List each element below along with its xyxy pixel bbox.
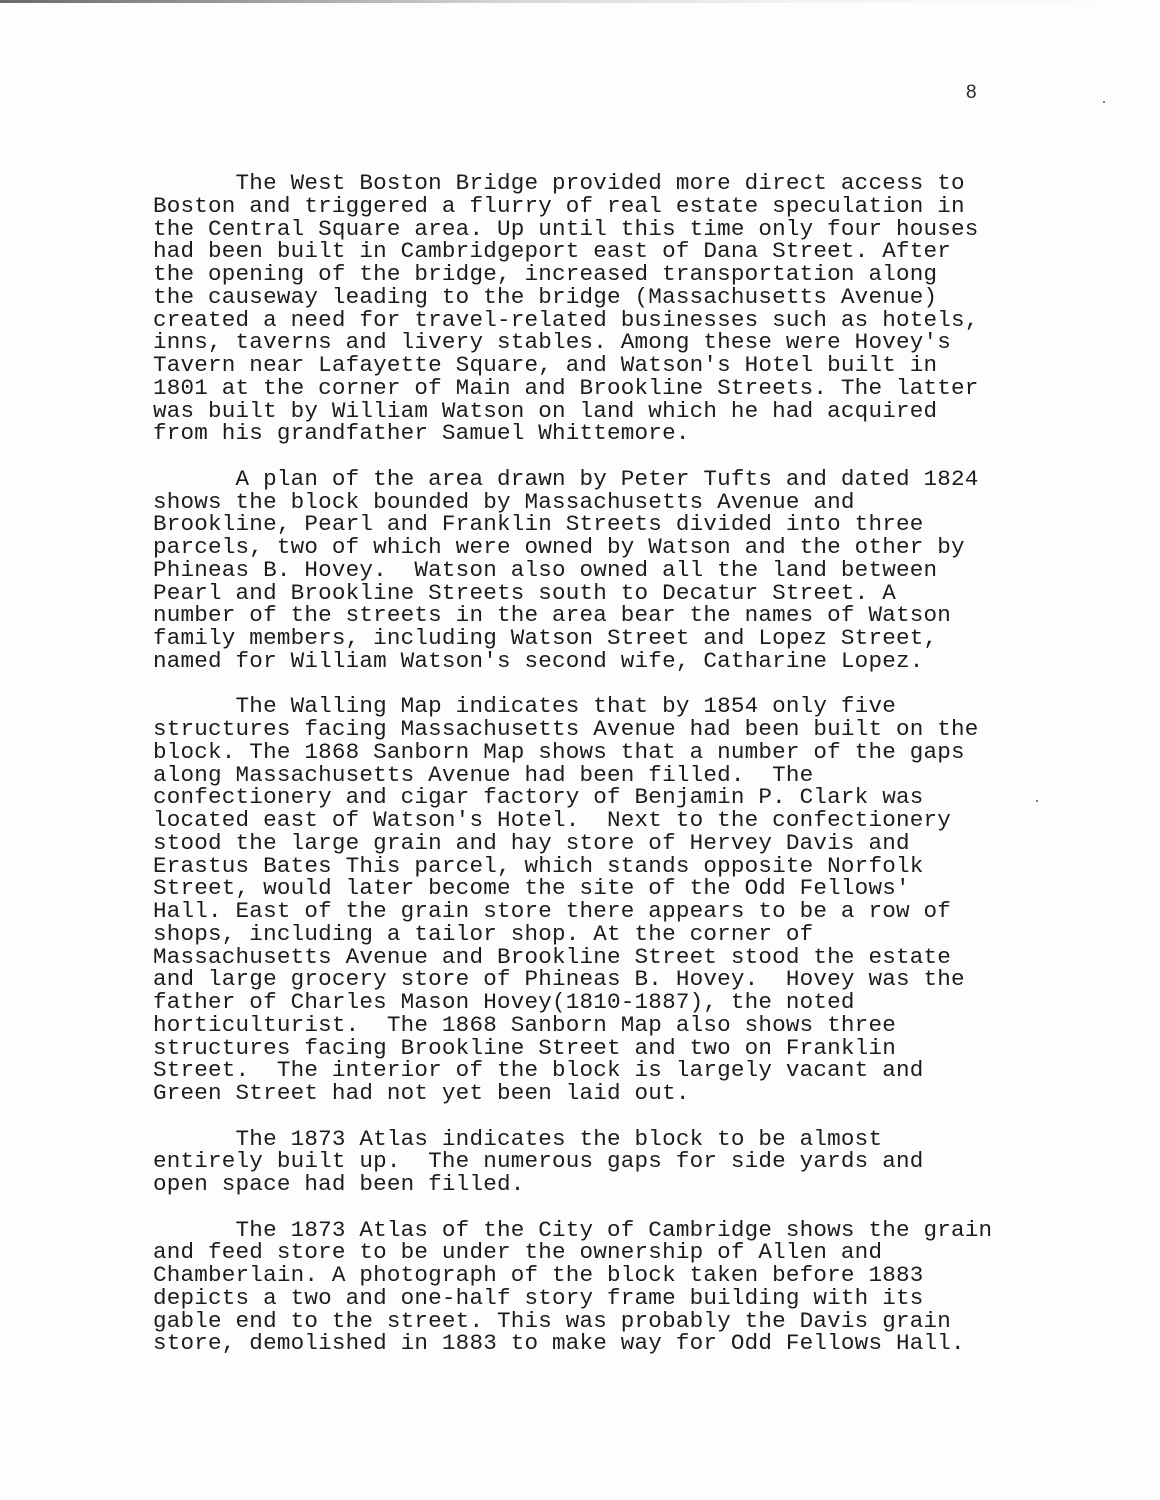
text-line: The Walling Map indicates that by 1854 o…	[153, 695, 993, 718]
text-line: block. The 1868 Sanborn Map shows that a…	[153, 741, 993, 764]
text-line: Street, would later become the site of t…	[153, 877, 993, 900]
text-line: Tavern near Lafayette Square, and Watson…	[153, 354, 993, 377]
text-line: parcels, two of which were owned by Wats…	[153, 536, 993, 559]
text-line: stood the large grain and hay store of H…	[153, 832, 993, 855]
text-line: horticulturist. The 1868 Sanborn Map als…	[153, 1014, 993, 1037]
text-line: created a need for travel-related busine…	[153, 309, 993, 332]
text-line: shops, including a tailor shop. At the c…	[153, 923, 993, 946]
text-line: number of the streets in the area bear t…	[153, 604, 993, 627]
scan-speck	[1103, 101, 1105, 103]
text-line: the causeway leading to the bridge (Mass…	[153, 286, 993, 309]
text-line: depicts a two and one-half story frame b…	[153, 1287, 993, 1310]
text-line: open space had been filled.	[153, 1173, 993, 1196]
text-line: Street. The interior of the block is lar…	[153, 1059, 993, 1082]
text-line: located east of Watson's Hotel. Next to …	[153, 809, 993, 832]
page-number: 8	[966, 82, 977, 104]
text-line: along Massachusetts Avenue had been fill…	[153, 764, 993, 787]
text-line: Boston and triggered a flurry of real es…	[153, 195, 993, 218]
text-line: structures facing Massachusetts Avenue h…	[153, 718, 993, 741]
text-line: family members, including Watson Street …	[153, 627, 993, 650]
text-line: Pearl and Brookline Streets south to Dec…	[153, 582, 993, 605]
text-line: and feed store to be under the ownership…	[153, 1241, 993, 1264]
text-line: named for William Watson's second wife, …	[153, 650, 993, 673]
text-line: The 1873 Atlas indicates the block to be…	[153, 1128, 993, 1151]
text-line: had been built in Cambridgeport east of …	[153, 240, 993, 263]
text-line: Chamberlain. A photograph of the block t…	[153, 1264, 993, 1287]
paragraph-west-boston-bridge: The West Boston Bridge provided more dir…	[153, 172, 993, 445]
text-line: entirely built up. The numerous gaps for…	[153, 1150, 993, 1173]
paragraph-walling-map: The Walling Map indicates that by 1854 o…	[153, 695, 993, 1105]
text-line: Brookline, Pearl and Franklin Streets di…	[153, 513, 993, 536]
text-line: inns, taverns and livery stables. Among …	[153, 331, 993, 354]
text-line: A plan of the area drawn by Peter Tufts …	[153, 468, 993, 491]
paragraph-atlas-1873-grain-store: The 1873 Atlas of the City of Cambridge …	[153, 1219, 993, 1356]
text-line: The 1873 Atlas of the City of Cambridge …	[153, 1219, 993, 1242]
text-line: store, demolished in 1883 to make way fo…	[153, 1332, 993, 1355]
text-line: The West Boston Bridge provided more dir…	[153, 172, 993, 195]
text-line: 1801 at the corner of Main and Brookline…	[153, 377, 993, 400]
text-line: the opening of the bridge, increased tra…	[153, 263, 993, 286]
text-line: gable end to the street. This was probab…	[153, 1310, 993, 1333]
text-line: the Central Square area. Up until this t…	[153, 218, 993, 241]
text-line: structures facing Brookline Street and t…	[153, 1037, 993, 1060]
document-body: The West Boston Bridge provided more dir…	[153, 172, 993, 1378]
text-line: Massachusetts Avenue and Brookline Stree…	[153, 946, 993, 969]
paragraph-peter-tufts-plan: A plan of the area drawn by Peter Tufts …	[153, 468, 993, 673]
text-line: Phineas B. Hovey. Watson also owned all …	[153, 559, 993, 582]
text-line: Hall. East of the grain store there appe…	[153, 900, 993, 923]
text-line: Erastus Bates This parcel, which stands …	[153, 855, 993, 878]
text-line: was built by William Watson on land whic…	[153, 400, 993, 423]
text-line: from his grandfather Samuel Whittemore.	[153, 422, 993, 445]
paragraph-atlas-1873-built-up: The 1873 Atlas indicates the block to be…	[153, 1128, 993, 1196]
scan-edge-shadow	[0, 0, 1160, 3]
text-line: Green Street had not yet been laid out.	[153, 1082, 993, 1105]
text-line: shows the block bounded by Massachusetts…	[153, 491, 993, 514]
text-line: confectionery and cigar factory of Benja…	[153, 786, 993, 809]
text-line: father of Charles Mason Hovey(1810-1887)…	[153, 991, 993, 1014]
text-line: and large grocery store of Phineas B. Ho…	[153, 968, 993, 991]
scan-speck	[1036, 800, 1038, 802]
